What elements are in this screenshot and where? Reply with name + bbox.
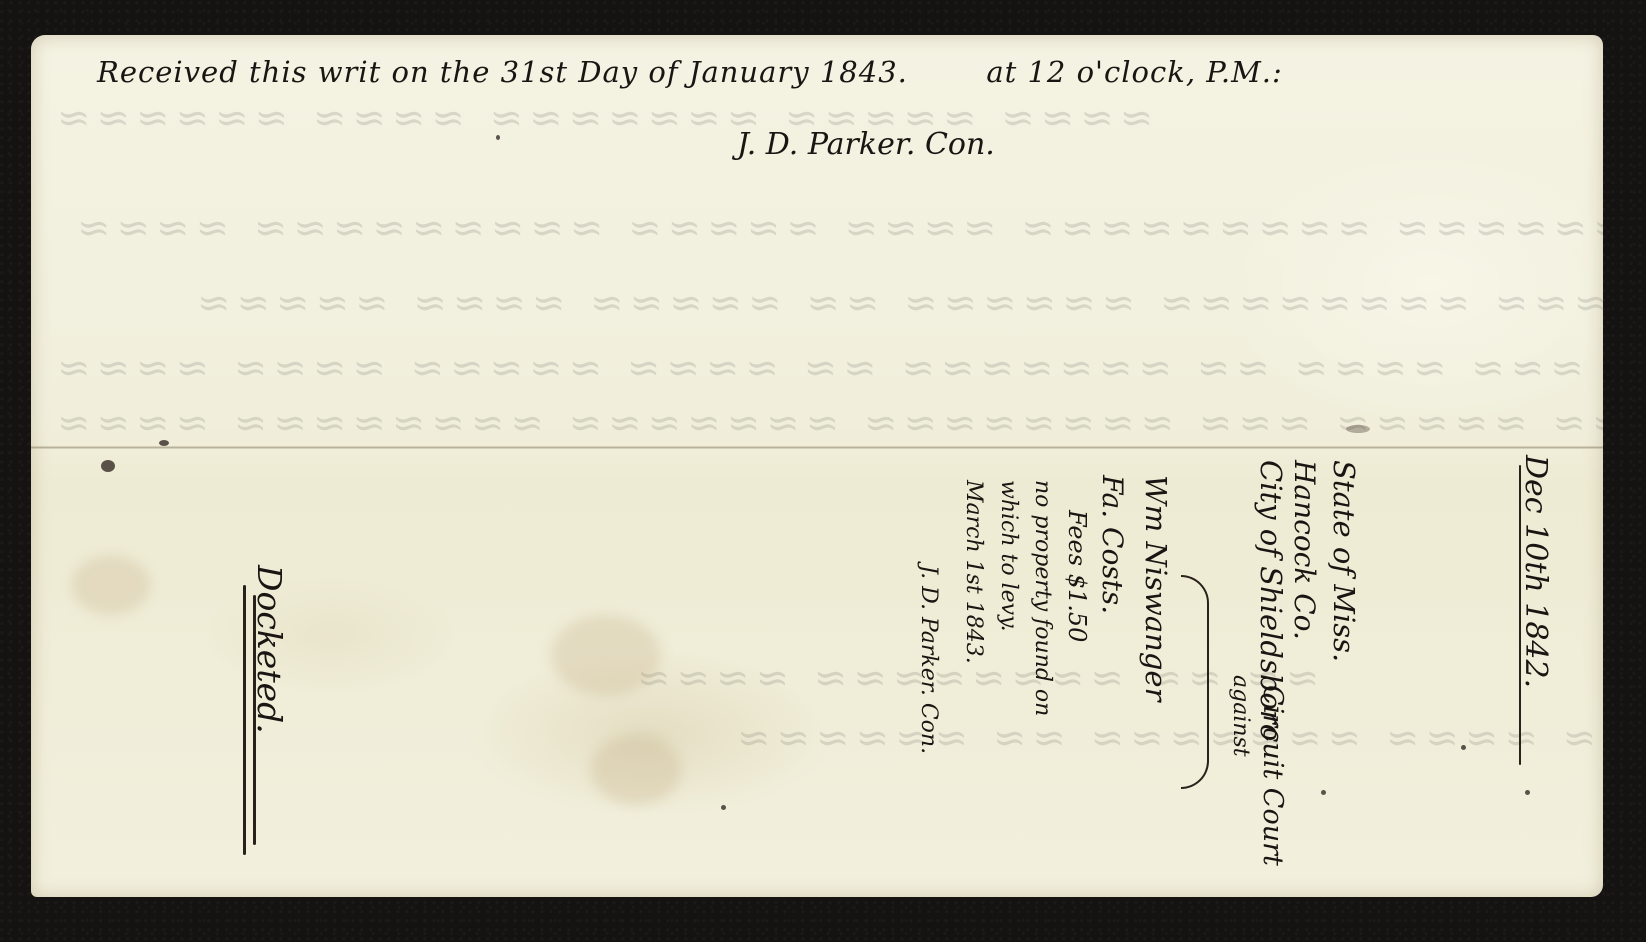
return-date: March 1st 1843. <box>961 480 986 664</box>
ink-speck <box>1321 790 1326 795</box>
docketed-underline <box>253 595 256 845</box>
ink-speck <box>1525 790 1530 795</box>
docket-defendant: Wm Niswanger <box>1139 475 1173 701</box>
bleed-through-text: ≈≈≈≈≈≈≈≈ ≈≈≈≈≈ ≈≈≈ ≈≈≈≈≈≈≈≈ ≈≈≈≈≈≈≈ ≈≈≈≈… <box>51 400 1603 446</box>
docket-fees: Fees $1.50 <box>1063 510 1091 642</box>
bleed-through-text: ≈≈≈≈ ≈≈≈≈≈≈≈≈ ≈≈≈≈≈≈ ≈≈ ≈≈≈≈≈ ≈≈≈≈ ≈≈≈≈≈ <box>191 280 1603 326</box>
ink-speck <box>721 805 726 810</box>
bleed-through-text: ≈≈≈≈≈≈ ≈≈≈≈≈≈≈≈≈ ≈≈≈≈ ≈≈≈≈≈ ≈≈≈≈≈≈≈≈≈ ≈≈… <box>71 205 1603 251</box>
paper-stain <box>71 555 151 615</box>
constable-signature-top: J. D. Parker. Con. <box>737 127 995 162</box>
ink-blot <box>159 440 169 446</box>
docket-caption-county: Hancock Co. <box>1288 460 1321 640</box>
paper-stain <box>551 615 661 695</box>
docket-caption-state: State of Miss. <box>1327 460 1361 662</box>
ink-blot <box>101 460 115 472</box>
ink-speck <box>1461 745 1466 750</box>
fold-crease <box>31 446 1603 449</box>
bleed-through-text: ≈≈≈≈≈ ≈≈≈ ≈≈≈≈ ≈≈ ≈≈≈≈≈≈≈ ≈≈ ≈≈≈≈ ≈≈≈≈≈ … <box>51 345 1603 391</box>
docket-versus: against <box>1228 675 1253 757</box>
paper-stain <box>591 735 681 805</box>
ink-speck <box>496 135 500 140</box>
return-line-1: no property found on <box>1030 480 1055 716</box>
constable-signature-return: J. D. Parker. Con. <box>916 565 941 754</box>
receipt-text: Received this writ on the 31st Day of Ja… <box>97 55 908 89</box>
return-line-2: which to levy. <box>996 480 1021 632</box>
docket-date: Dec 10th 1842. <box>1518 455 1553 688</box>
bracket-flourish <box>1181 575 1209 789</box>
bleed-through-text: ≈≈≈ ≈≈≈≈ ≈≈≈≈≈≈≈ ≈≈ ≈≈≈≈≈≈ <box>731 715 1603 761</box>
receipt-time: at 12 o'clock, P.M.: <box>986 55 1282 89</box>
docket-subject: Fa. Costs. <box>1096 475 1129 614</box>
docketed-underline <box>243 585 246 855</box>
docket-court: Circuit Court <box>1257 685 1288 866</box>
receipt-endorsement-line: Received this writ on the 31st Day of Ja… <box>97 55 1283 89</box>
ink-smudge <box>1346 425 1370 433</box>
date-underline <box>1519 465 1521 765</box>
writ-document-sheet: ≈≈≈≈ ≈≈≈≈≈ ≈≈≈≈≈≈≈ ≈≈≈≈ ≈≈≈≈≈≈ ≈≈≈≈≈≈ ≈≈… <box>31 35 1603 897</box>
